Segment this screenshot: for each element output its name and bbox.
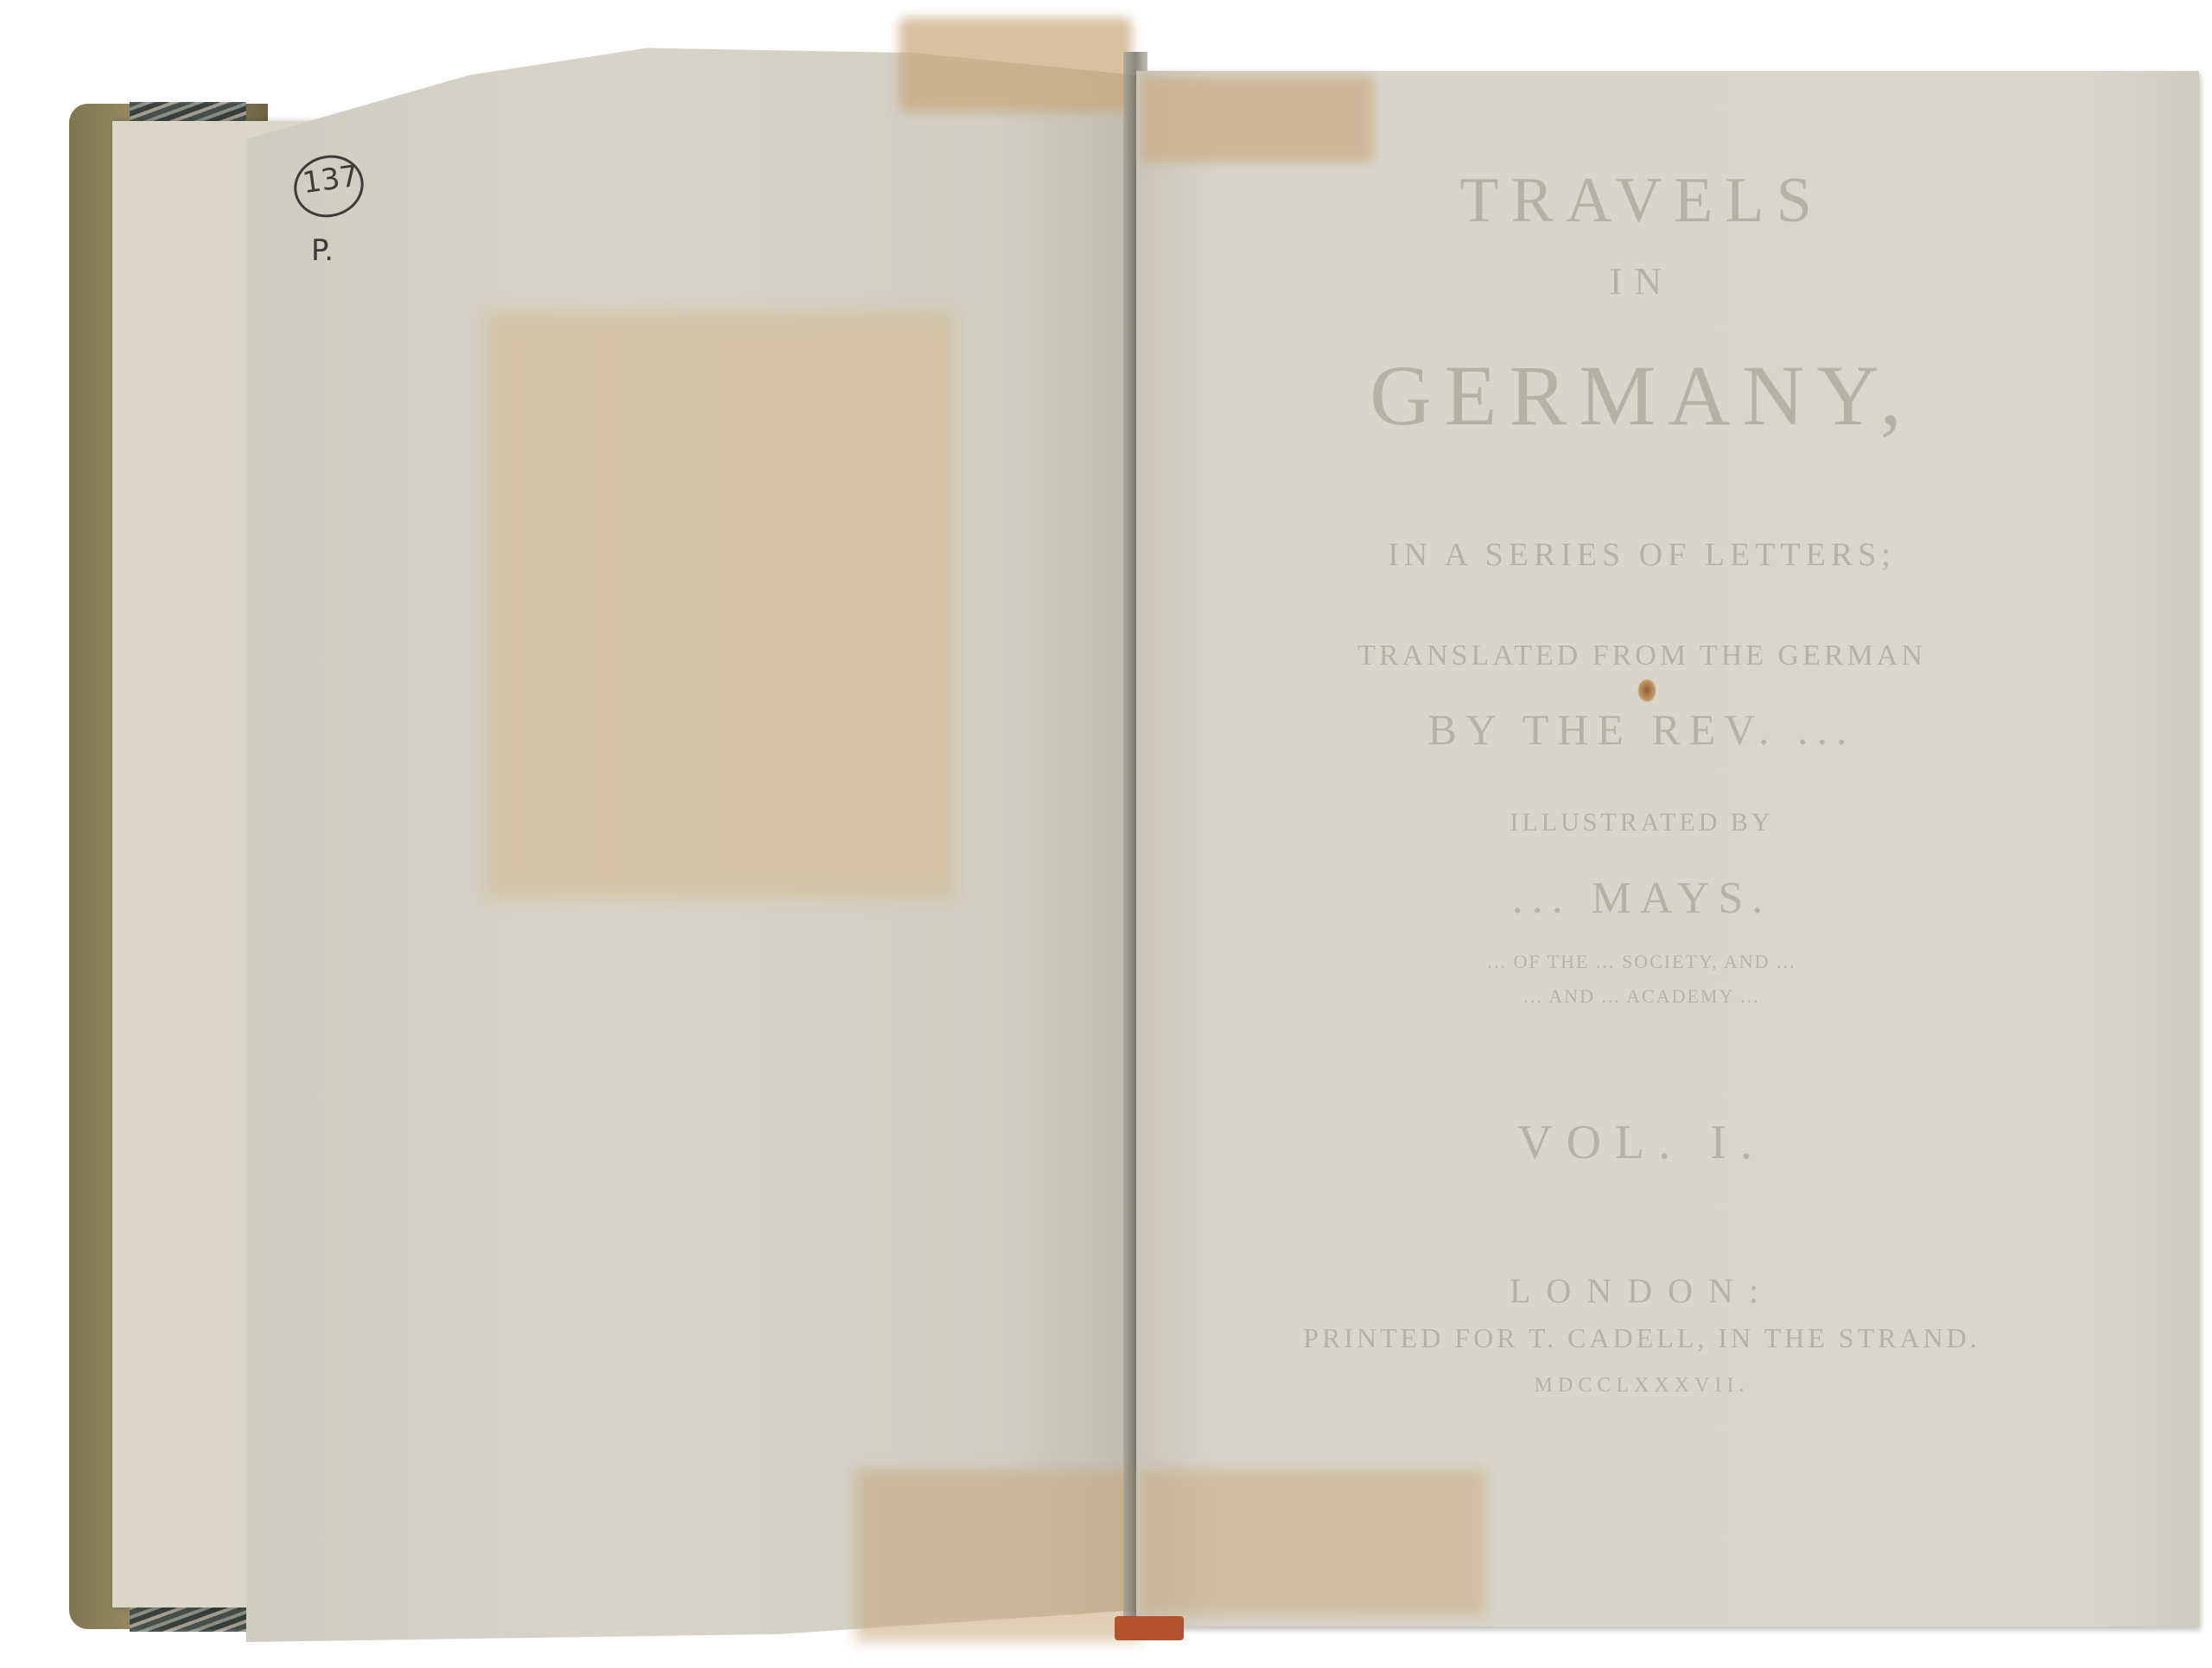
title-line-travels: TRAVELS xyxy=(1210,164,2074,238)
title-line-illustrated: ILLUSTRATED BY xyxy=(1210,808,2074,837)
title-line-translator: BY THE REV. ... xyxy=(1210,704,2074,754)
title-line-volume: VOL. I. xyxy=(1210,1115,2074,1170)
title-line-author-name: ... MAYS. xyxy=(1210,873,2074,924)
stain-top-left-page xyxy=(899,17,1132,112)
title-line-germany: GERMANY, xyxy=(1210,346,2074,445)
red-page-edge xyxy=(1115,1616,1184,1640)
title-line-translated: TRANSLATED FROM THE GERMAN xyxy=(1210,640,2074,672)
title-line-credentials-2: ... AND ... ACADEMY ... xyxy=(1210,985,2074,1008)
imprint-printer: PRINTED FOR T. CADELL, IN THE STRAND. xyxy=(1210,1322,2074,1354)
imprint-london: LONDON: xyxy=(1210,1270,2074,1311)
stain-top-title-page xyxy=(1141,76,1374,162)
title-line-letters: IN A SERIES OF LETTERS; xyxy=(1210,536,2074,574)
title-line-in: IN xyxy=(1210,259,2074,303)
imprint-date: MDCCLXXXVII. xyxy=(1210,1374,2074,1397)
stain-bottom-title-page xyxy=(1141,1469,1486,1616)
title-line-credentials-1: ... OF THE ... SOCIETY, AND ... xyxy=(1210,951,2074,973)
handwritten-letter: P. xyxy=(311,233,334,268)
stain-bottom-left-page xyxy=(855,1469,1141,1642)
offset-stain-rectangle xyxy=(484,311,955,899)
foxing-spot xyxy=(1637,678,1656,703)
open-book-photo: 137 P. TRAVELS IN GERMANY, IN A SERIES O… xyxy=(0,0,2212,1668)
